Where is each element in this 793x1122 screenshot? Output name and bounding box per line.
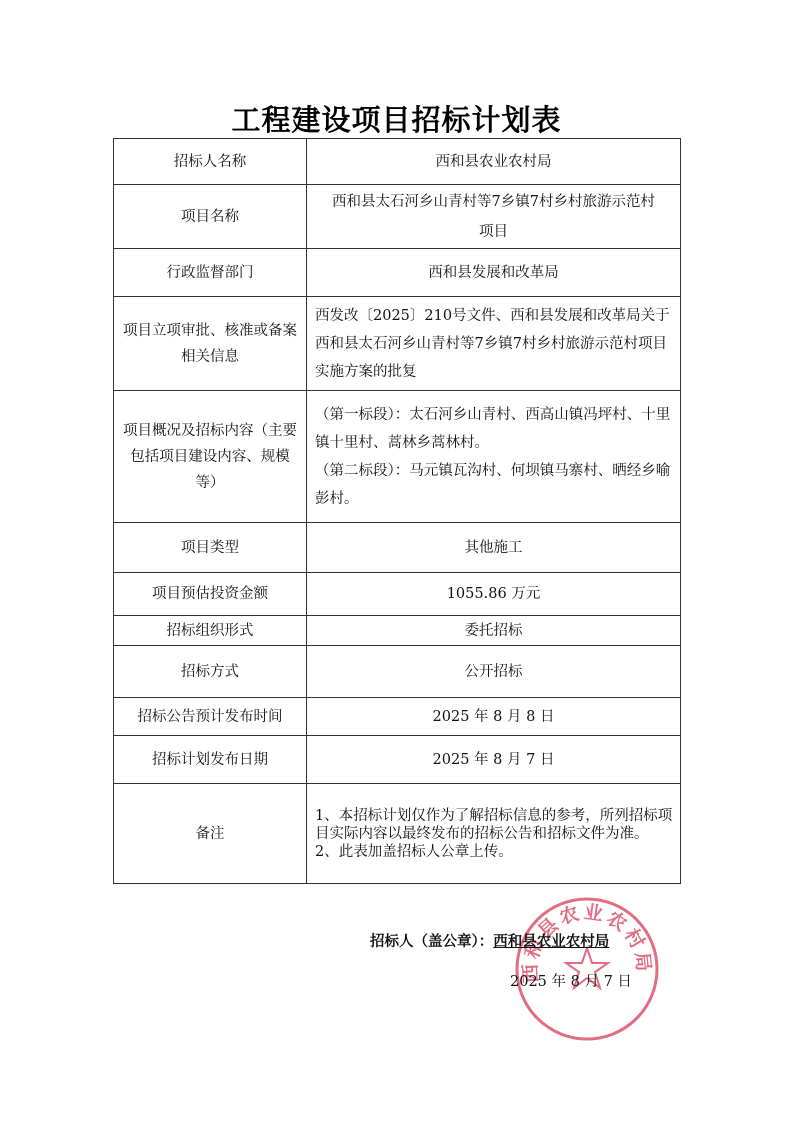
row-label: 招标人名称 (114, 139, 307, 185)
row-label: 招标公告预计发布时间 (114, 698, 307, 736)
row-value: 公开招标 (307, 646, 681, 698)
lot-2-text: （第二标段）：马元镇瓦沟村、何坝镇马寨村、晒经乡喻彭村。 (315, 457, 676, 513)
table-row: 备注 1、本招标计划仅作为了解招标信息的参考，所列招标项目实际内容以最终发布的招… (114, 784, 681, 884)
value-line: 项目 (313, 217, 674, 247)
row-label: 招标计划发布日期 (114, 736, 307, 784)
row-label: 项目预估投资金额 (114, 573, 307, 616)
official-seal-icon: 西和县农业农村局 (514, 896, 660, 1042)
table-row: 项目预估投资金额 1055.86 万元 (114, 573, 681, 616)
signatory-line: 招标人（盖公章）：西和县农业农村局 (370, 930, 609, 951)
lot-1-text: （第一标段）：太石河乡山青村、西高山镇冯坪村、十里镇十里村、蒿林乡蒿林村。 (315, 401, 676, 457)
row-label: 项目名称 (114, 185, 307, 249)
row-label: 项目概况及招标内容（主要包括项目建设内容、规模等） (114, 391, 307, 523)
signatory-label: 招标人（盖公章）： (370, 934, 493, 950)
row-value: （第一标段）：太石河乡山青村、西高山镇冯坪村、十里镇十里村、蒿林乡蒿林村。 （第… (307, 391, 681, 523)
table-row: 招标方式 公开招标 (114, 646, 681, 698)
row-value: 其他施工 (307, 523, 681, 573)
table-row: 招标计划发布日期 2025 年 8 月 7 日 (114, 736, 681, 784)
row-value: 西和县发展和改革局 (307, 249, 681, 297)
bid-plan-table: 招标人名称 西和县农业农村局 项目名称 西和县太石河乡山青村等7乡镇7村乡村旅游… (113, 138, 681, 884)
row-label: 招标方式 (114, 646, 307, 698)
signatory-org: 西和县农业农村局 (493, 934, 609, 950)
row-value: 委托招标 (307, 616, 681, 646)
row-label: 行政监督部门 (114, 249, 307, 297)
row-label: 备注 (114, 784, 307, 884)
table-row: 项目立项审批、核准或备案相关信息 西发改〔2025〕210号文件、西和县发展和改… (114, 297, 681, 391)
row-value: 西和县太石河乡山青村等7乡镇7村乡村旅游示范村 项目 (307, 185, 681, 249)
row-label: 招标组织形式 (114, 616, 307, 646)
table-row: 招标组织形式 委托招标 (114, 616, 681, 646)
row-label: 项目类型 (114, 523, 307, 573)
table-row: 招标公告预计发布时间 2025 年 8 月 8 日 (114, 698, 681, 736)
signature-date: 2025 年 8 月 7 日 (510, 970, 632, 991)
table-row: 项目类型 其他施工 (114, 523, 681, 573)
remark-1: 1、本招标计划仅作为了解招标信息的参考，所列招标项目实际内容以最终发布的招标公告… (315, 807, 676, 843)
row-value: 1055.86 万元 (307, 573, 681, 616)
row-value: 2025 年 8 月 7 日 (307, 736, 681, 784)
remark-2: 2、此表加盖招标人公章上传。 (315, 843, 676, 861)
row-value: 西发改〔2025〕210号文件、西和县发展和改革局关于西和县太石河乡山青村等7乡… (307, 297, 681, 391)
document-title: 工程建设项目招标计划表 (0, 98, 793, 139)
table-row: 项目名称 西和县太石河乡山青村等7乡镇7村乡村旅游示范村 项目 (114, 185, 681, 249)
row-value: 1、本招标计划仅作为了解招标信息的参考，所列招标项目实际内容以最终发布的招标公告… (307, 784, 681, 884)
table-row: 项目概况及招标内容（主要包括项目建设内容、规模等） （第一标段）：太石河乡山青村… (114, 391, 681, 523)
table-row: 招标人名称 西和县农业农村局 (114, 139, 681, 185)
table-row: 行政监督部门 西和县发展和改革局 (114, 249, 681, 297)
row-value: 西和县农业农村局 (307, 139, 681, 185)
row-value: 2025 年 8 月 8 日 (307, 698, 681, 736)
row-label: 项目立项审批、核准或备案相关信息 (114, 297, 307, 391)
value-line: 西和县太石河乡山青村等7乡镇7村乡村旅游示范村 (313, 187, 674, 217)
